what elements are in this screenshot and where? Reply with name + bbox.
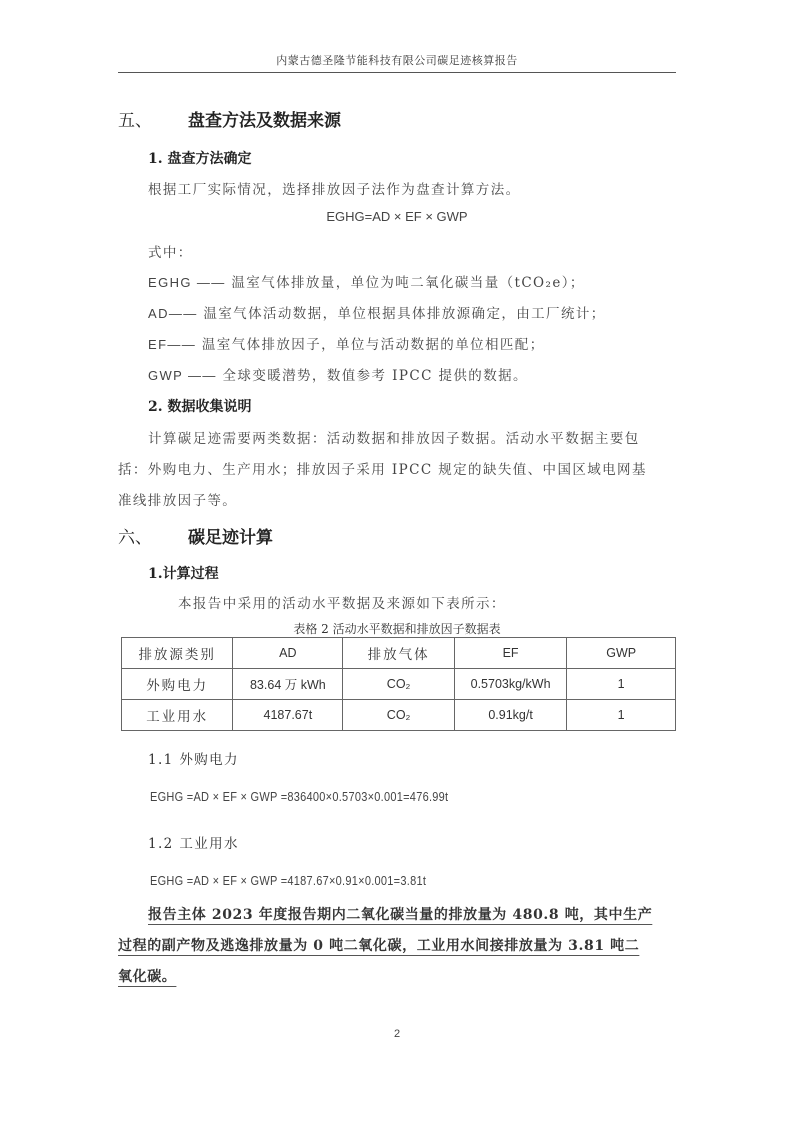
page-header: 内蒙古德圣隆节能科技有限公司碳足迹核算报告	[118, 52, 676, 68]
section-number: 六、	[118, 523, 188, 548]
definition-eghg: EGHG —— 温室气体排放量，单位为吨二氧化碳当量（tCO₂e）；	[148, 271, 585, 291]
table-header-cell: GWP	[567, 638, 676, 669]
table-header-cell: AD	[233, 638, 343, 669]
section-6-heading: 六、碳足迹计算	[118, 523, 273, 548]
paragraph: 本报告中采用的活动水平数据及来源如下表所示：	[178, 592, 506, 612]
table-cell: 4187.67t	[233, 700, 343, 731]
header-divider	[118, 72, 676, 73]
table-caption: 表格 2 活动水平数据和排放因子数据表	[0, 620, 794, 637]
definition-ef: EF—— 温室气体排放因子，单位与活动数据的单位相匹配；	[148, 333, 545, 353]
activity-data-table: 排放源类别 AD 排放气体 EF GWP 外购电力 83.64 万 kWh CO…	[121, 637, 676, 731]
summary-line: 过程的副产物及逃逸排放量为 0 吨二氧化碳，工业用水间接排放量为 3.81 吨二	[118, 938, 639, 954]
definition-gwp: GWP —— 全球变暖潜势，数值参考 IPCC 提供的数据。	[148, 364, 528, 384]
definition-text: 温室气体排放因子，单位与活动数据的单位相匹配；	[196, 337, 544, 353]
definition-text: 温室气体排放量，单位为吨二氧化碳当量（tCO₂e）；	[226, 275, 585, 291]
definition-text: 温室气体活动数据，单位根据具体排放源确定，由工厂统计；	[198, 306, 606, 322]
table-row: 工业用水 4187.67t CO₂ 0.91kg/t 1	[122, 700, 676, 731]
subsection-heading: 1.计算过程	[148, 563, 219, 583]
table-header-cell: 排放气体	[343, 638, 455, 669]
subsection-heading: 2. 数据收集说明	[148, 396, 252, 416]
table-cell: 1	[567, 700, 676, 731]
table-cell: 83.64 万 kWh	[233, 669, 343, 700]
section-number: 五、	[118, 106, 188, 131]
paragraph-line: 括：外购电力、生产用水；排放因子采用 IPCC 规定的缺失值、中国区域电网基	[118, 458, 647, 478]
table-row: 外购电力 83.64 万 kWh CO₂ 0.5703kg/kWh 1	[122, 669, 676, 700]
definition-term: AD——	[148, 306, 198, 321]
section-5-heading: 五、盘查方法及数据来源	[118, 106, 341, 131]
section-title: 碳足迹计算	[188, 528, 273, 548]
calc-heading-water: 1.2 工业用水	[148, 832, 239, 852]
definition-term: GWP ——	[148, 368, 217, 383]
definition-text: 全球变暖潜势，数值参考 IPCC 提供的数据。	[217, 368, 528, 384]
table-cell: CO₂	[343, 669, 455, 700]
table-header-row: 排放源类别 AD 排放气体 EF GWP	[122, 638, 676, 669]
table-cell: CO₂	[343, 700, 455, 731]
calc-heading-electricity: 1.1 外购电力	[148, 748, 239, 768]
calc-formula-water: EGHG =AD × EF × GWP =4187.67×0.91×0.001=…	[150, 874, 426, 888]
formula: EGHG=AD × EF × GWP	[0, 209, 794, 224]
section-title: 盘查方法及数据来源	[188, 111, 341, 131]
table-cell: 工业用水	[122, 700, 233, 731]
table-header-cell: 排放源类别	[122, 638, 233, 669]
page-number: 2	[0, 1028, 794, 1040]
paragraph-line: 准线排放因子等。	[118, 489, 237, 509]
subsection-heading: 1. 盘查方法确定	[148, 148, 252, 168]
paragraph-line: 计算碳足迹需要两类数据：活动数据和排放因子数据。活动水平数据主要包	[148, 427, 640, 447]
calc-formula-electricity: EGHG =AD × EF × GWP =836400×0.5703×0.001…	[150, 790, 448, 804]
definition-ad: AD—— 温室气体活动数据，单位根据具体排放源确定，由工厂统计；	[148, 302, 606, 322]
summary-line: 氧化碳。	[118, 969, 176, 985]
table-cell: 0.91kg/t	[454, 700, 566, 731]
summary-paragraph: 报告主体 2023 年度报告期内二氧化碳当量的排放量为 480.8 吨，其中生产…	[118, 900, 676, 993]
table-cell: 0.5703kg/kWh	[454, 669, 566, 700]
definition-term: EF——	[148, 337, 196, 352]
definition-term: EGHG ——	[148, 275, 226, 290]
paragraph: 根据工厂实际情况，选择排放因子法作为盘查计算方法。	[148, 178, 521, 198]
where-label: 式中：	[148, 241, 193, 261]
summary-line: 报告主体 2023 年度报告期内二氧化碳当量的排放量为 480.8 吨，其中生产	[148, 907, 652, 923]
table-header-cell: EF	[454, 638, 566, 669]
table-cell: 外购电力	[122, 669, 233, 700]
table-cell: 1	[567, 669, 676, 700]
